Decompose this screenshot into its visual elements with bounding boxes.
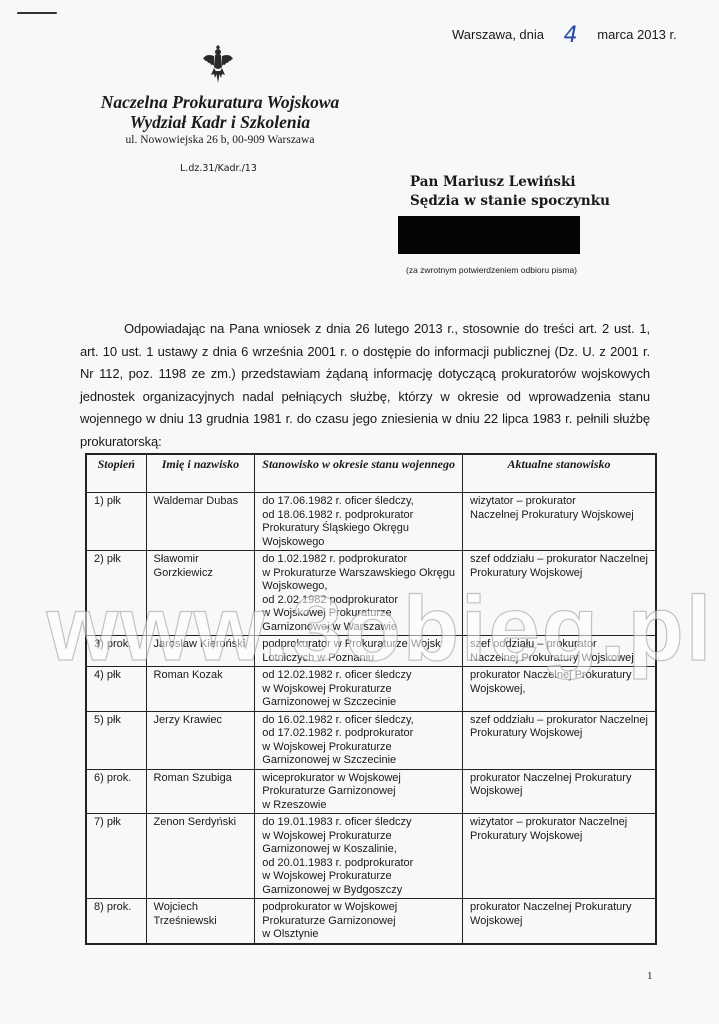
cell-name: Roman Kozak	[146, 667, 255, 712]
table-row: 2) płkSławomir Gorzkiewiczdo 1.02.1982 r…	[86, 551, 656, 636]
cell-martial-law-position: wiceprokurator w WojskowejProkuraturze G…	[255, 769, 463, 814]
cell-current-position: wizytator – prokurator NaczelnejProkurat…	[463, 814, 656, 899]
table-row: 3) prok.Jarosław Kierońskipodprokurator …	[86, 636, 656, 667]
cell-martial-law-position: do 1.02.1982 r. podprokuratorw Prokuratu…	[255, 551, 463, 636]
cell-line: wiceprokurator w Wojskowej	[262, 772, 455, 786]
cell-name: Wojciech Trześniewski	[146, 899, 255, 944]
cell-line: Wojskowej	[470, 785, 648, 799]
cell-line: do 17.06.1982 r. oficer śledczy,	[262, 495, 455, 509]
department-name: Wydział Kadr i Szkolenia	[60, 112, 380, 132]
cell-line: w Prokuraturze Warszawskiego Okręgu	[262, 567, 455, 581]
cell-rank: 6) prok.	[86, 769, 146, 814]
cell-line: do 16.02.1982 r. oficer śledczy,	[262, 714, 455, 728]
cell-martial-law-position: do 19.01.1983 r. oficer śledczyw Wojskow…	[255, 814, 463, 899]
redacted-address	[398, 216, 580, 254]
cell-rank: 1) płk	[86, 493, 146, 551]
cell-current-position: prokurator Naczelnej ProkuraturyWojskowe…	[463, 667, 656, 712]
cell-current-position: szef oddziału – prokurator NaczelnejProk…	[463, 551, 656, 636]
cell-line: Garnizonowej w Szczecinie	[262, 696, 455, 710]
cell-line: Garnizonowej w Koszalinie,	[262, 843, 455, 857]
recipient-name: Pan Mariusz Lewiński	[410, 173, 610, 192]
polish-eagle-emblem-icon	[202, 45, 234, 85]
body-paragraph: Odpowiadając na Pana wniosek z dnia 26 l…	[80, 321, 650, 449]
cell-line: Prokuraturze Garnizonowej	[262, 915, 455, 929]
cell-martial-law-position: do 17.06.1982 r. oficer śledczy,od 18.06…	[255, 493, 463, 551]
header-current-position: Aktualne stanowisko	[463, 454, 656, 493]
cell-name: Sławomir Gorzkiewicz	[146, 551, 255, 636]
reference-number: L.dz.31/Kadr./13	[180, 163, 257, 174]
cell-line: prokurator Naczelnej Prokuratury	[470, 901, 648, 915]
cell-line: w Wojskowej Prokuraturze	[262, 830, 455, 844]
cell-line: wizytator – prokurator Naczelnej	[470, 816, 648, 830]
cell-current-position: prokurator Naczelnej ProkuraturyWojskowe…	[463, 769, 656, 814]
cell-martial-law-position: do 16.02.1982 r. oficer śledczy,od 17.02…	[255, 711, 463, 769]
cell-rank: 4) płk	[86, 667, 146, 712]
cell-line: Prokuratury Wojskowej	[470, 830, 648, 844]
letter-date: Warszawa, dnia 4 marca 2013 r.	[452, 20, 677, 45]
cell-line: do 19.01.1983 r. oficer śledczy	[262, 816, 455, 830]
cell-line: Prokuratury Śląskiego Okręgu	[262, 522, 455, 536]
cell-line: Lotniczych w Poznaniu	[262, 652, 455, 666]
cell-line: prokurator Naczelnej Prokuratury	[470, 669, 648, 683]
cell-line: Wojskowego,	[262, 580, 455, 594]
cell-martial-law-position: podprokurator w Prokuraturze WojskLotnic…	[255, 636, 463, 667]
delivery-note: (za zwrotnym potwierdzeniem odbioru pism…	[406, 265, 577, 275]
cell-line: Wojskowego	[262, 536, 455, 550]
table-row: 4) płkRoman Kozakod 12.02.1982 r. oficer…	[86, 667, 656, 712]
cell-line: do 1.02.1982 r. podprokurator	[262, 553, 455, 567]
cell-line: Garnizonowej w Warszawie	[262, 621, 455, 635]
date-day-handwritten: 4	[548, 23, 594, 48]
cell-line: Wojskowej,	[470, 683, 648, 697]
cell-line: Wojskowej	[470, 915, 648, 929]
header-martial-law-position: Stanowisko w okresie stanu wojennego	[255, 454, 463, 493]
cell-rank: 5) płk	[86, 711, 146, 769]
cell-line: szef oddziału – prokurator Naczelnej	[470, 714, 648, 728]
cell-line: od 2.02.1982 podprokurator	[262, 594, 455, 608]
table-row: 6) prok.Roman Szubigawiceprokurator w Wo…	[86, 769, 656, 814]
organization-name: Naczelna Prokuratura Wojskowa	[60, 92, 380, 112]
cell-current-position: wizytator – prokuratorNaczelnej Prokurat…	[463, 493, 656, 551]
cell-current-position: szef oddziału – prokuratorNaczelnej Prok…	[463, 636, 656, 667]
cell-martial-law-position: podprokurator w WojskowejProkuraturze Ga…	[255, 899, 463, 944]
cell-rank: 2) płk	[86, 551, 146, 636]
cell-current-position: szef oddziału – prokurator NaczelnejProk…	[463, 711, 656, 769]
date-suffix: marca 2013 r.	[597, 27, 677, 42]
cell-line: od 20.01.1983 r. podprokurator	[262, 857, 455, 871]
cell-line: Naczelnej Prokuratury Wojskowej	[470, 509, 648, 523]
cell-name: Roman Szubiga	[146, 769, 255, 814]
table-row: 8) prok.Wojciech Trześniewskipodprokurat…	[86, 899, 656, 944]
header-rank: Stopień	[86, 454, 146, 493]
cell-line: Garnizonowej w Bydgoszczy	[262, 884, 455, 898]
letter-body: Odpowiadając na Pana wniosek z dnia 26 l…	[80, 318, 650, 453]
sender-address: ul. Nowowiejska 26 b, 00-909 Warszawa	[60, 132, 380, 148]
cell-line: Prokuraturze Garnizonowej	[262, 785, 455, 799]
cell-line: podprokurator w Prokuraturze Wojsk	[262, 638, 455, 652]
cell-line: w Wojskowej Prokuraturze	[262, 683, 455, 697]
cell-martial-law-position: od 12.02.1982 r. oficer śledczyw Wojskow…	[255, 667, 463, 712]
table-row: 7) płkZenon Serdyńskido 19.01.1983 r. of…	[86, 814, 656, 899]
sender-header: Naczelna Prokuratura Wojskowa Wydział Ka…	[60, 92, 380, 148]
cell-rank: 8) prok.	[86, 899, 146, 944]
prosecutors-table: Stopień Imię i nazwisko Stanowisko w okr…	[85, 453, 657, 945]
recipient-title: Sędzia w stanie spoczynku	[410, 192, 610, 211]
cell-line: Prokuratury Wojskowej	[470, 727, 648, 741]
cell-line: w Wojskowej Prokuraturze	[262, 870, 455, 884]
cell-line: od 18.06.1982 r. podprokurator	[262, 509, 455, 523]
cell-line: w Wojskowej Prokuraturze	[262, 741, 455, 755]
cell-line: w Rzeszowie	[262, 799, 455, 813]
cell-line: podprokurator w Wojskowej	[262, 901, 455, 915]
pen-mark	[17, 12, 57, 14]
cell-name: Jarosław Kieroński	[146, 636, 255, 667]
cell-line: wizytator – prokurator	[470, 495, 648, 509]
cell-line: w Wojskowej Prokuraturze	[262, 607, 455, 621]
table-row: 1) płkWaldemar Dubasdo 17.06.1982 r. ofi…	[86, 493, 656, 551]
cell-line: szef oddziału – prokurator Naczelnej	[470, 553, 648, 567]
date-prefix: Warszawa, dnia	[452, 27, 544, 42]
recipient-block: Pan Mariusz Lewiński Sędzia w stanie spo…	[410, 173, 610, 211]
cell-current-position: prokurator Naczelnej ProkuraturyWojskowe…	[463, 899, 656, 944]
cell-name: Jerzy Krawiec	[146, 711, 255, 769]
page-number: 1	[647, 970, 653, 982]
cell-line: Prokuratury Wojskowej	[470, 567, 648, 581]
header-name: Imię i nazwisko	[146, 454, 255, 493]
cell-line: w Olsztynie	[262, 928, 455, 942]
cell-rank: 3) prok.	[86, 636, 146, 667]
cell-rank: 7) płk	[86, 814, 146, 899]
cell-line: prokurator Naczelnej Prokuratury	[470, 772, 648, 786]
cell-line: Naczelnej Prokuratury Wojskowej	[470, 652, 648, 666]
table-header-row: Stopień Imię i nazwisko Stanowisko w okr…	[86, 454, 656, 493]
cell-name: Zenon Serdyński	[146, 814, 255, 899]
cell-line: od 17.02.1982 r. podprokurator	[262, 727, 455, 741]
cell-name: Waldemar Dubas	[146, 493, 255, 551]
cell-line: od 12.02.1982 r. oficer śledczy	[262, 669, 455, 683]
table-row: 5) płkJerzy Krawiecdo 16.02.1982 r. ofic…	[86, 711, 656, 769]
cell-line: Garnizonowej w Szczecinie	[262, 754, 455, 768]
cell-line: szef oddziału – prokurator	[470, 638, 648, 652]
